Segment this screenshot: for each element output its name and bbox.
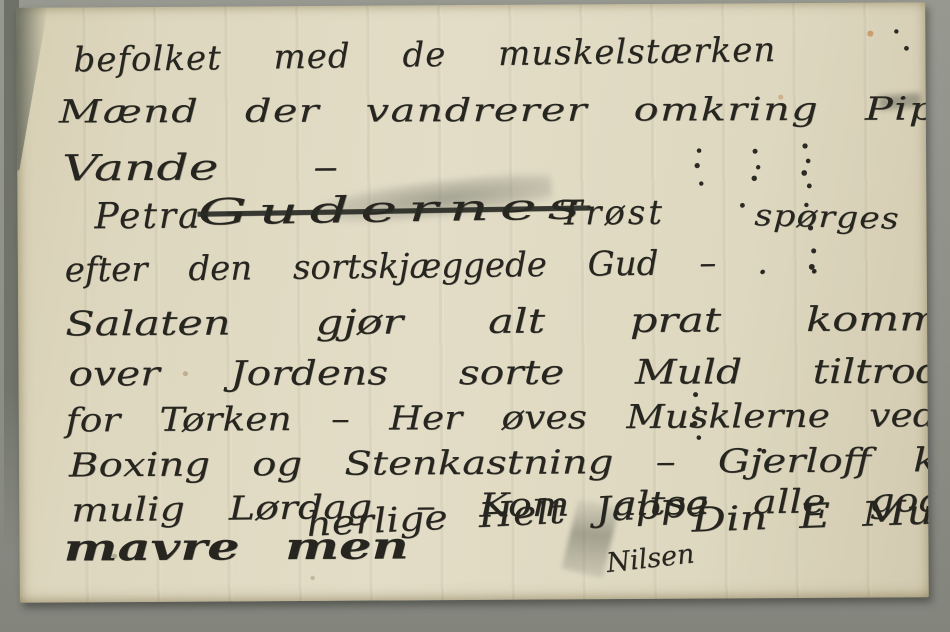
handwriting-line-6: Salaten gjør alt prat komme — [65, 302, 929, 342]
handwriting-inserted-word: Nilsen — [605, 541, 696, 578]
letter-paper: befolket med de muskelstærken Mænd der v… — [16, 2, 929, 603]
signature: Din E Munch — [690, 493, 928, 538]
handwriting-line-8: for Tørken – Her øves Musklerne ved Bad — [66, 397, 929, 436]
letter-photograph: befolket med de muskelstærken Mænd der v… — [0, 0, 950, 632]
handwriting-line-5: efter den sortskjæggede Gud – . . — [65, 245, 820, 288]
handwriting-line-1: befolket med de muskelstærken — [73, 33, 776, 77]
ink-spatter-dots — [16, 8, 18, 10]
handwriting-line-4-word-sporges: spørges — [754, 201, 900, 235]
handwriting-line-4-word-trost: Trøst — [559, 196, 665, 231]
handwriting-line-7: over Jordens sorte Muld tiltrods — [68, 355, 928, 392]
handwriting-line-4-word-petra: Petra — [94, 199, 201, 236]
handwriting-line-9: Boxing og Stenkastning – Gjerloff kommer — [69, 442, 929, 481]
handwriting-line-4-struck-word: Gudernes — [197, 189, 591, 231]
handwriting-line-3: Vande – — [62, 150, 338, 188]
paper-corner-shadow — [16, 6, 49, 171]
handwriting-line-2: Mænd der vandrerer omkring Pipervikens — [59, 92, 929, 128]
